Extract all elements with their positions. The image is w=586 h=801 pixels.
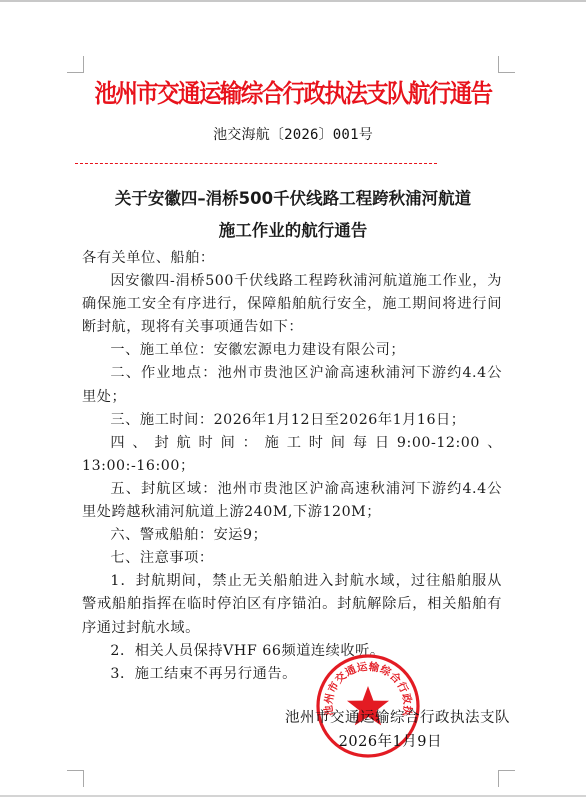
note-1: 1．封航期间，禁止无关船舶进入封航水域，过往船舶服从警戒船舶指挥在临时停泊区有序…	[82, 570, 502, 639]
item-label: 二、作业地点：	[110, 365, 217, 381]
margin-mark-top-right	[498, 56, 515, 73]
intro-paragraph: 因安徽四-涓桥500千伏线路工程跨秋浦河航道施工作业，为确保施工安全有序进行，保…	[82, 270, 502, 339]
item-guard-vessel: 六、警戒船舶：安运9；	[82, 524, 502, 547]
item-notes-heading: 七、注意事项：	[82, 547, 502, 570]
item-label: 六、警戒船舶：	[110, 527, 213, 543]
item-label: 一、施工单位：	[110, 342, 213, 358]
item-label: 三、施工时间：	[110, 412, 213, 428]
item-label: 五、封航区域：	[110, 481, 217, 497]
masthead-title: 池州市交通运输综合行政执法支队航行通告	[60, 74, 526, 110]
item-text: 安运9；	[214, 527, 268, 543]
salutation: 各有关单位、船舶：	[82, 247, 502, 270]
item-construction-time: 三、施工时间：2026年1月12日至2026年1月16日；	[82, 409, 502, 432]
note-3: 3．施工结束不再另行通告。	[82, 663, 502, 686]
page-top-border	[0, 0, 586, 2]
item-label: 四、封航时间：	[110, 435, 264, 451]
red-separator-line	[75, 163, 437, 164]
margin-mark-bottom-right	[498, 770, 515, 787]
issue-date: 2026年1月9日	[220, 730, 442, 751]
page-bottom-border	[0, 795, 586, 797]
item-work-location: 二、作业地点：池州市贵池区沪渝高速秋浦河下游约4.4公里处；	[82, 362, 502, 408]
document-number: 池交海航〔2026〕001号	[0, 124, 586, 144]
notice-body: 各有关单位、船舶： 因安徽四-涓桥500千伏线路工程跨秋浦河航道施工作业，为确保…	[82, 247, 502, 686]
item-closure-area: 五、封航区域：池州市贵池区沪渝高速秋浦河下游约4.4公里处跨越秋浦河航道上游24…	[82, 478, 502, 524]
item-construction-unit: 一、施工单位：安徽宏源电力建设有限公司；	[82, 339, 502, 362]
item-closure-time: 四、封航时间：施工时间每日9:00-12:00、13:00:-16:00；	[82, 432, 502, 478]
notice-title-line1: 关于安徽四–涓桥500千伏线路工程跨秋浦河航道	[60, 185, 526, 209]
issuer-signature: 池州市交通运输综合行政执法支队	[220, 706, 510, 727]
item-text: 安徽宏源电力建设有限公司；	[214, 342, 406, 358]
margin-mark-bottom-left	[67, 770, 84, 787]
notice-title-line2: 施工作业的航行通告	[60, 217, 526, 241]
margin-mark-top-left	[67, 56, 84, 73]
item-label: 七、注意事项：	[110, 550, 213, 566]
item-text: 2026年1月12日至2026年1月16日；	[214, 412, 466, 428]
note-2: 2．相关人员保持VHF 66频道连续收听。	[82, 640, 502, 663]
